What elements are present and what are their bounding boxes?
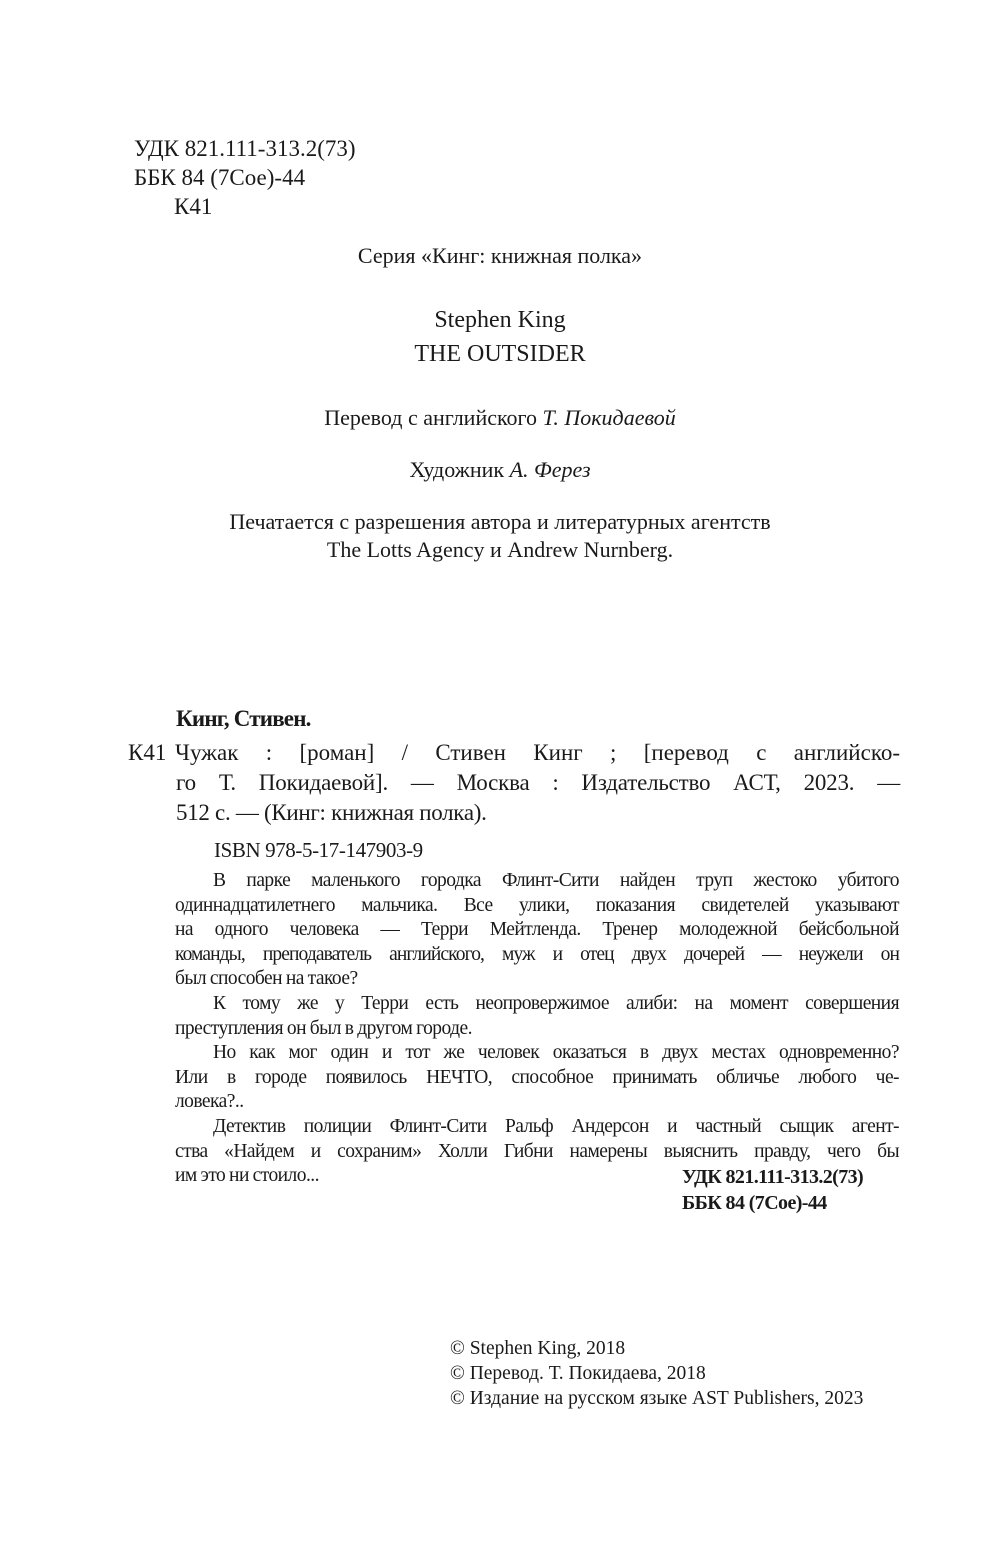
translation-prefix: Перевод с английского — [324, 405, 542, 430]
annotation-paragraph: В парке маленького городка Флинт-Сити на… — [175, 869, 899, 992]
permission-line-2: The Lotts Agency и Andrew Nurnberg. — [0, 536, 1000, 564]
copyright-line: © Перевод. Т. Покидаева, 2018 — [450, 1361, 863, 1386]
udk-code-bottom: УДК 821.111-313.2(73) — [682, 1164, 863, 1190]
catalog-description-cont: го Т. Покидаевой]. — Москва : Издательст… — [176, 768, 900, 828]
original-title: THE OUTSIDER — [0, 339, 1000, 369]
author-mark-top: К41 — [174, 192, 212, 221]
annotation-line: Детектив полиции Флинт-Сити Ральф Андерс… — [175, 1115, 899, 1140]
annotation: В парке маленького городка Флинт-Сити на… — [175, 869, 899, 1189]
catalog-line: Чужак : [роман] / Стивен Кинг ; [перевод… — [175, 738, 900, 768]
bbk-code-bottom: ББК 84 (7Сое)-44 — [682, 1190, 827, 1216]
catalog-mark: К41 — [128, 738, 166, 768]
annotation-line: ства «Найдем и сохраним» Холли Гибни нам… — [175, 1140, 899, 1165]
annotation-paragraph: Но как мог один и тот же человек оказать… — [175, 1041, 899, 1115]
catalog-heading: Кинг, Стивен. — [176, 704, 311, 734]
copyright-block: © Stephen King, 2018 © Перевод. Т. Покид… — [450, 1336, 863, 1411]
annotation-line: В парке маленького городка Флинт-Сити на… — [175, 869, 899, 894]
translator-name: Т. Покидаевой — [543, 405, 676, 430]
annotation-line: ловека?.. — [175, 1090, 899, 1115]
annotation-line: Но как мог один и тот же человек оказать… — [175, 1041, 899, 1066]
annotation-paragraph: К тому же у Терри есть неопровержимое ал… — [175, 992, 899, 1041]
isbn: ISBN 978-5-17-147903-9 — [214, 837, 423, 863]
annotation-line: команды, преподаватель английского, муж … — [175, 943, 899, 968]
annotation-line: одиннадцатилетнего мальчика. Все улики, … — [175, 894, 899, 919]
catalog-description: Чужак : [роман] / Стивен Кинг ; [перевод… — [175, 738, 900, 768]
catalog-line: 512 с. — (Кинг: книжная полка). — [176, 798, 900, 828]
artist-credit: Художник А. Ферез — [0, 456, 1000, 484]
annotation-line: преступления он был в другом городе. — [175, 1017, 899, 1042]
artist-prefix: Художник — [409, 457, 509, 482]
catalog-line: го Т. Покидаевой]. — Москва : Издательст… — [176, 768, 900, 798]
udk-code-top: УДК 821.111-313.2(73) — [134, 134, 356, 163]
copyright-line: © Издание на русском языке AST Publisher… — [450, 1386, 863, 1411]
annotation-line: К тому же у Терри есть неопровержимое ал… — [175, 992, 899, 1017]
series-name: Серия «Кинг: книжная полка» — [0, 242, 1000, 270]
bbk-code-top: ББК 84 (7Сое)-44 — [134, 163, 305, 192]
artist-name: А. Ферез — [510, 457, 591, 482]
copyright-line: © Stephen King, 2018 — [450, 1336, 863, 1361]
annotation-line: Или в городе появилось НЕЧТО, способное … — [175, 1066, 899, 1091]
translation-credit: Перевод с английского Т. Покидаевой — [0, 404, 1000, 432]
original-author: Stephen King — [0, 305, 1000, 335]
annotation-line: на одного человека — Терри Мейтленда. Тр… — [175, 918, 899, 943]
annotation-line: был способен на такое? — [175, 967, 899, 992]
permission-line-1: Печатается с разрешения автора и литерат… — [0, 508, 1000, 536]
